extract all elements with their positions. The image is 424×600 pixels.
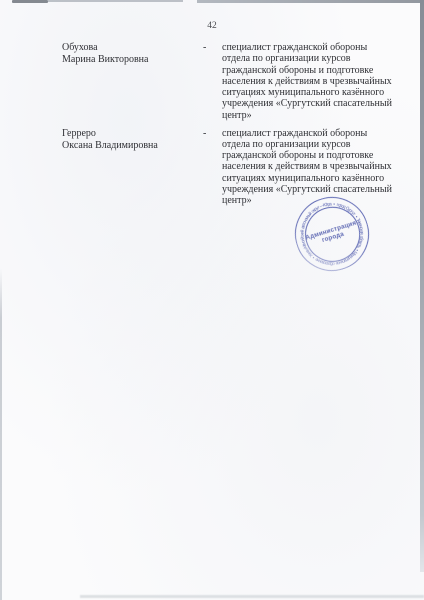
staff-name: Герреро Оксана Владимировна [62, 128, 195, 152]
scan-edge-artifact [48, 0, 183, 2]
scanned-page: 42 Обухова Марина Викторовна - специалис… [0, 0, 424, 600]
scan-edge-artifact [80, 595, 424, 598]
scan-edge-artifact [12, 0, 48, 3]
staff-entry: Обухова Марина Викторовна - специалист г… [62, 42, 414, 121]
staff-position-description: специалист гражданской обороны отдела по… [222, 128, 414, 207]
staff-name-line: Марина Викторовна [62, 54, 148, 65]
staff-name-line: Герреро [62, 128, 96, 139]
staff-name-line: Обухова [62, 42, 98, 53]
page-number: 42 [0, 21, 424, 31]
staff-position-description: специалист гражданской обороны отдела по… [222, 42, 414, 121]
separator-dash: - [195, 128, 222, 139]
separator-dash: - [195, 42, 222, 53]
staff-name-line: Оксана Владимировна [62, 140, 158, 151]
scan-edge-artifact [197, 0, 424, 3]
scan-edge-artifact [420, 0, 424, 572]
scan-edge-artifact [0, 268, 2, 600]
staff-list: Обухова Марина Викторовна - специалист г… [62, 42, 414, 207]
staff-name: Обухова Марина Викторовна [62, 42, 195, 66]
staff-entry: Герреро Оксана Владимировна - специалист… [62, 128, 414, 207]
